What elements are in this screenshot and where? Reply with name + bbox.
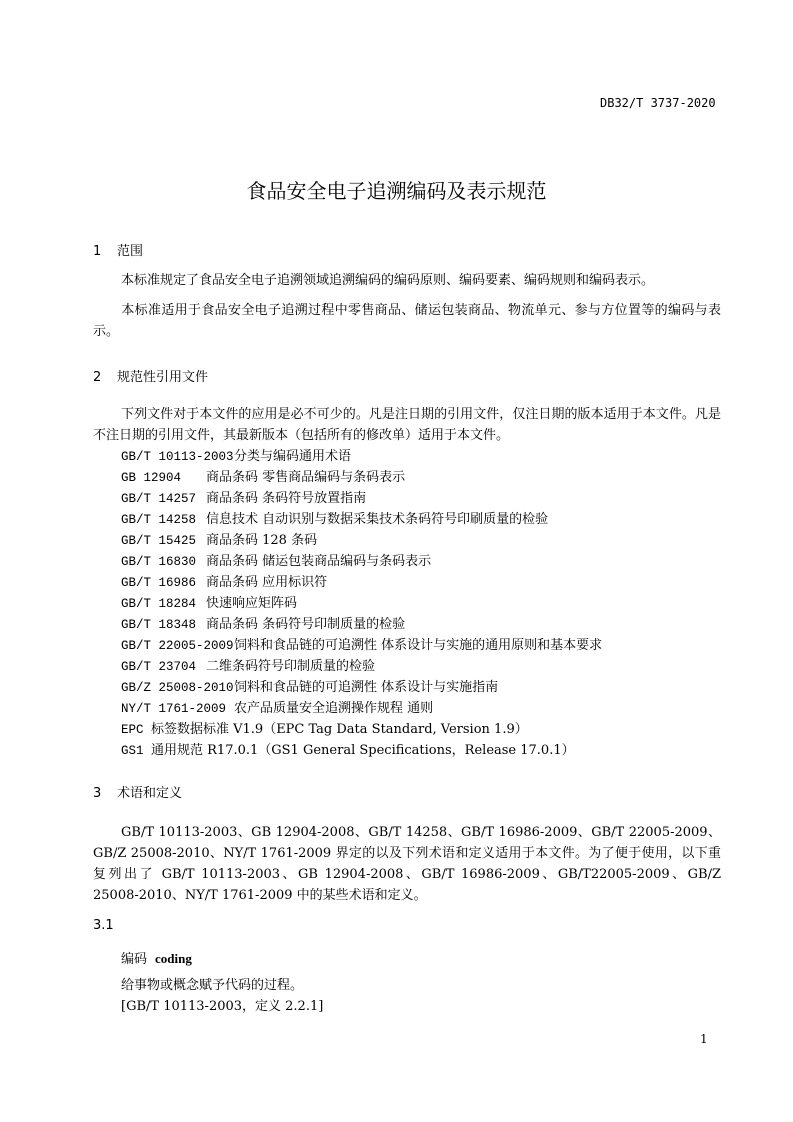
term-source: [GB/T 10113-2003，定义 2.2.1] <box>121 996 323 1017</box>
reference-item: GB/T 10113-2003分类与编码通用术语 <box>121 446 351 468</box>
term-en: coding <box>155 951 192 966</box>
reference-item: GS1通用规范 R17.0.1（GS1 General Specificatio… <box>121 740 575 762</box>
section-title: 规范性引用文件 <box>117 370 208 385</box>
section-number: 3 <box>93 786 117 801</box>
reference-item: GB/T 16986商品条码 应用标识符 <box>121 572 327 594</box>
section-heading-scope: 1范围 <box>93 240 143 259</box>
reference-item: GB/T 14257商品条码 条码符号放置指南 <box>121 488 366 510</box>
reference-item: GB/T 18284快速响应矩阵码 <box>121 593 297 615</box>
section-number: 1 <box>93 244 117 259</box>
reference-item: GB 12904商品条码 零售商品编码与条码表示 <box>121 467 405 489</box>
section-title: 术语和定义 <box>117 786 182 801</box>
term-zh: 编码 <box>121 952 147 967</box>
reference-item: GB/T 14258信息技术 自动识别与数据采集技术条码符号印刷质量的检验 <box>121 509 548 531</box>
term-number: 3.1 <box>93 918 114 933</box>
reference-item: GB/T 15425商品条码 128 条码 <box>121 530 317 552</box>
page-number: 1 <box>700 1032 708 1046</box>
scope-paragraph-1: 本标准规定了食品安全电子追溯领域追溯编码的编码原则、编码要素、编码规则和编码表示… <box>93 270 721 291</box>
scope-paragraph-2: 本标准适用于食品安全电子追溯过程中零售商品、储运包装商品、物流单元、参与方位置等… <box>93 300 721 342</box>
term-definition: 给事物或概念赋予代码的过程。 [GB/T 10113-2003，定义 2.2.1… <box>121 975 323 1017</box>
document-title: 食品安全电子追溯编码及表示规范 <box>0 175 793 204</box>
reference-item: GB/Z 25008-2010饲料和食品链的可追溯性 体系设计与实施指南 <box>121 677 498 699</box>
reference-item: GB/T 23704二维条码符号印制质量的检验 <box>121 656 375 678</box>
terms-intro-paragraph: GB/T 10113-2003、GB 12904-2008、GB/T 14258… <box>93 822 721 906</box>
section-heading-normative-references: 2规范性引用文件 <box>93 366 208 385</box>
reference-item: EPC标签数据标准 V1.9（EPC Tag Data Standard, Ve… <box>121 719 528 741</box>
term-heading: 编码coding <box>121 948 192 967</box>
section-number: 2 <box>93 370 117 385</box>
reference-item: GB/T 18348商品条码 条码符号印制质量的检验 <box>121 614 405 636</box>
document-code: DB32/T 3737-2020 <box>600 96 716 110</box>
section-title: 范围 <box>117 244 143 259</box>
reference-item: GB/T 16830商品条码 储运包装商品编码与条码表示 <box>121 551 431 573</box>
reference-item: NY/T 1761-2009农产品质量安全追溯操作规程 通则 <box>121 698 433 720</box>
section-heading-terms-definitions: 3术语和定义 <box>93 782 182 801</box>
references-intro-paragraph: 下列文件对于本文件的应用是必不可少的。凡是注日期的引用文件，仅注日期的版本适用于… <box>93 404 721 446</box>
reference-item: GB/T 22005-2009饲料和食品链的可追溯性 体系设计与实施的通用原则和… <box>121 635 602 657</box>
